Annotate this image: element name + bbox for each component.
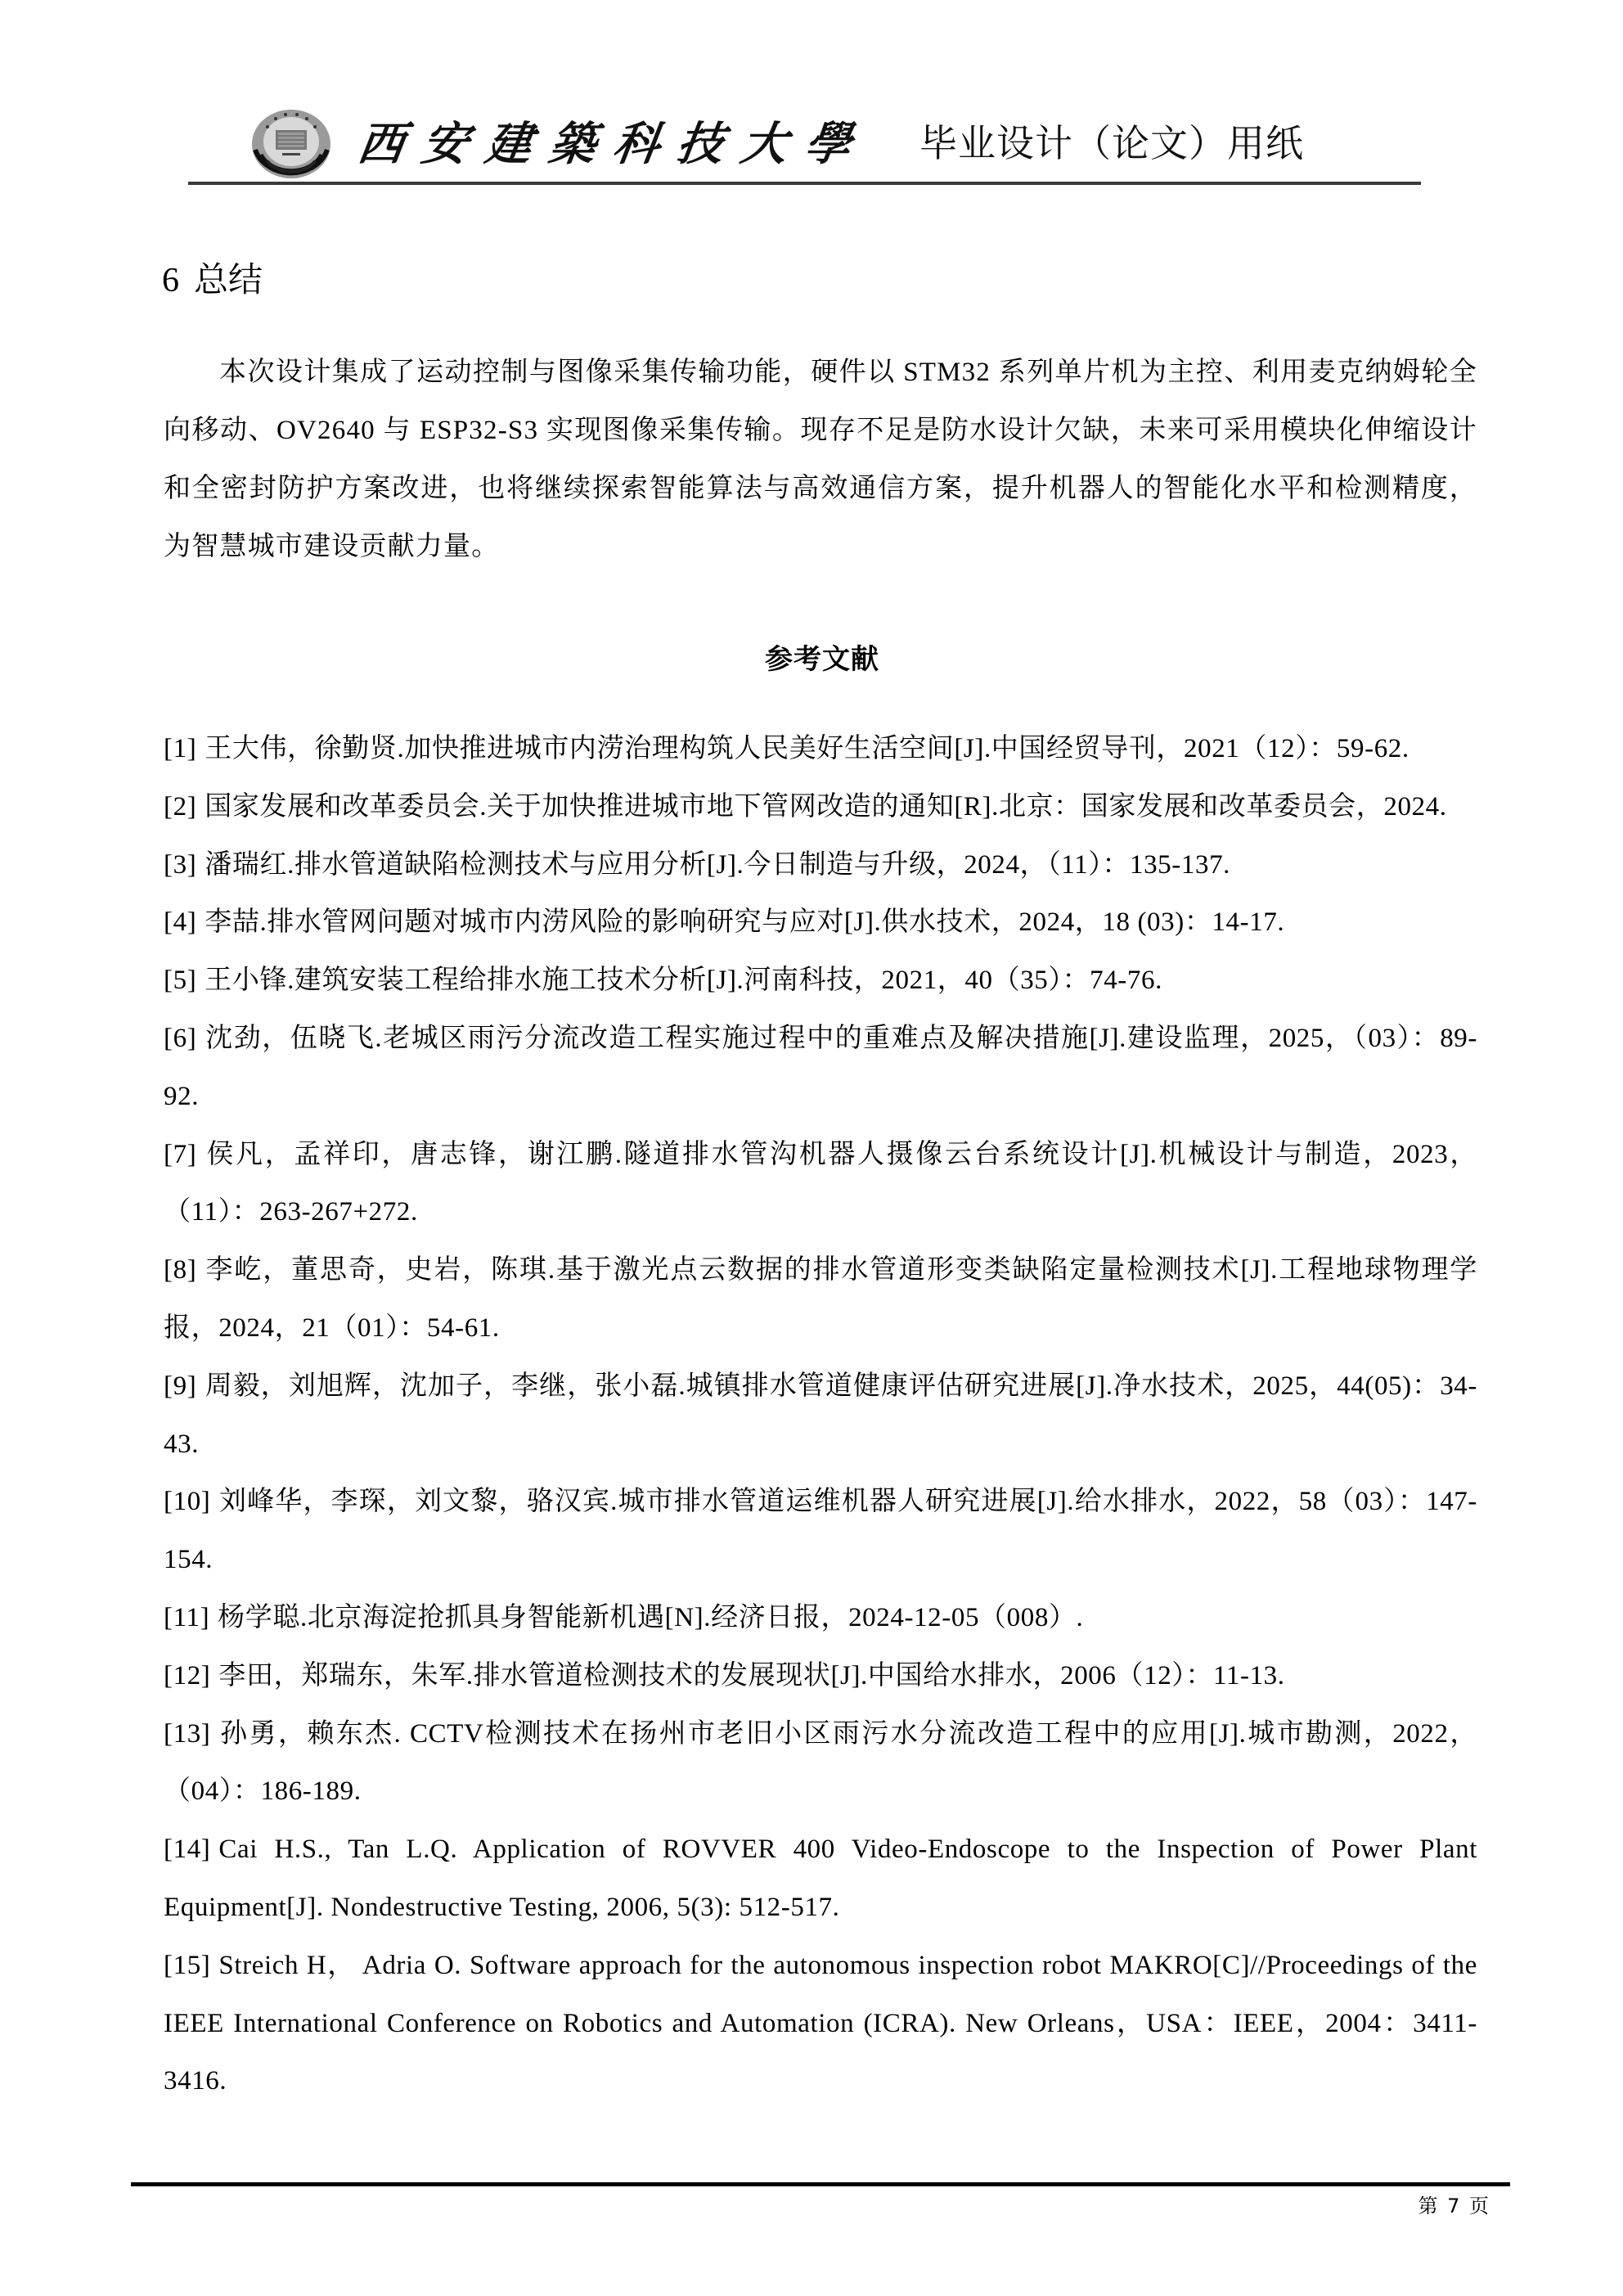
reference-item: [4]李喆.排水管网问题对城市内涝风险的影响研究与应对[J].供水技术，2024…: [164, 894, 1477, 952]
reference-item: [3]潘瑞红.排水管道缺陷检测技术与应用分析[J].今日制造与升级，2024，（…: [164, 836, 1477, 894]
document-page: 西安建築科技大學 毕业设计（论文）用纸 6总结 本次设计集成了运动控制与图像采集…: [0, 0, 1623, 2296]
university-seal-icon: [251, 109, 331, 179]
reference-number: [11]: [164, 1603, 209, 1632]
reference-item: [6]沈劲，伍晓飞.老城区雨污分流改造工程实施过程中的重难点及解决措施[J].建…: [164, 1010, 1477, 1126]
reference-item: [14]Cai H.S., Tan L.Q. Application of RO…: [164, 1821, 1477, 1937]
reference-number: [3]: [164, 850, 196, 880]
reference-item: [8]李屹，董思奇，史岩，陈琪.基于激光点云数据的排水管道形变类缺陷定量检测技术…: [164, 1241, 1477, 1357]
reference-text: 孙勇，赖东杰. CCTV检测技术在扬州市老旧小区雨污水分流改造工程中的应用[J]…: [164, 1719, 1477, 1807]
reference-text: 李田，郑瑞东，朱军.排水管道检测技术的发展现状[J].中国给水排水，2006（1…: [218, 1661, 1284, 1690]
reference-item: [13]孙勇，赖东杰. CCTV检测技术在扬州市老旧小区雨污水分流改造工程中的应…: [164, 1705, 1477, 1821]
references-list: [1]王大伟，徐勤贤.加快推进城市内涝治理构筑人民美好生活空间[J].中国经贸导…: [164, 720, 1477, 2110]
reference-text: 李屹，董思奇，史岩，陈琪.基于激光点云数据的排水管道形变类缺陷定量检测技术[J]…: [164, 1255, 1477, 1343]
reference-text: 杨学聪.北京海淀抢抓具身智能新机遇[N].经济日报，2024-12-05（008…: [218, 1603, 1083, 1632]
reference-number: [9]: [164, 1371, 196, 1401]
references-title: 参考文献: [0, 638, 1623, 681]
reference-text: 刘峰华，李琛，刘文黎，骆汉宾.城市排水管道运维机器人研究进展[J].给水排水，2…: [164, 1487, 1477, 1574]
reference-item: [11]杨学聪.北京海淀抢抓具身智能新机遇[N].经济日报，2024-12-05…: [164, 1589, 1477, 1647]
reference-number: [14]: [164, 1835, 210, 1864]
reference-number: [6]: [164, 1024, 196, 1053]
reference-item: [15]Streich H， Adria O. Software approac…: [164, 1937, 1477, 2110]
reference-item: [2]国家发展和改革委员会.关于加快推进城市地下管网改造的通知[R].北京：国家…: [164, 778, 1477, 836]
section-heading: 6总结: [162, 257, 263, 303]
reference-number: [7]: [164, 1140, 196, 1169]
reference-number: [13]: [164, 1719, 210, 1749]
reference-item: [9]周毅，刘旭辉，沈加子，李继，张小磊.城镇排水管道健康评估研究进展[J].净…: [164, 1357, 1477, 1474]
page-number: 第 7 页: [1418, 2193, 1490, 2219]
reference-number: [10]: [164, 1487, 210, 1516]
reference-number: [5]: [164, 966, 196, 995]
reference-number: [4]: [164, 907, 196, 937]
reference-number: [8]: [164, 1255, 196, 1285]
reference-number: [1]: [164, 734, 196, 763]
header-divider: [188, 182, 1421, 185]
reference-text: 王大伟，徐勤贤.加快推进城市内涝治理构筑人民美好生活空间[J].中国经贸导刊，2…: [205, 734, 1409, 763]
university-name-calligraphy: 西安建築科技大學: [353, 111, 873, 177]
reference-text: Cai H.S., Tan L.Q. Application of ROVVER…: [164, 1835, 1477, 1922]
reference-item: [12]李田，郑瑞东，朱军.排水管道检测技术的发展现状[J].中国给水排水，20…: [164, 1647, 1477, 1705]
section-number: 6: [162, 262, 179, 299]
reference-text: 侯凡，孟祥印，唐志锋，谢江鹏.隧道排水管沟机器人摄像云台系统设计[J].机械设计…: [164, 1140, 1477, 1227]
footer-divider: [131, 2182, 1510, 2186]
reference-item: [10]刘峰华，李琛，刘文黎，骆汉宾.城市排水管道运维机器人研究进展[J].给水…: [164, 1473, 1477, 1589]
summary-paragraph: 本次设计集成了运动控制与图像采集传输功能，硬件以 STM32 系列单片机为主控、…: [164, 344, 1477, 576]
reference-text: 潘瑞红.排水管道缺陷检测技术与应用分析[J].今日制造与升级，2024，（11）…: [205, 850, 1230, 880]
reference-text: Streich H， Adria O. Software approach fo…: [164, 1951, 1477, 2096]
reference-text: 李喆.排水管网问题对城市内涝风险的影响研究与应对[J].供水技术，2024，18…: [205, 907, 1284, 937]
reference-item: [1]王大伟，徐勤贤.加快推进城市内涝治理构筑人民美好生活空间[J].中国经贸导…: [164, 720, 1477, 778]
paper-title: 毕业设计（论文）用纸: [919, 123, 1304, 164]
reference-text: 沈劲，伍晓飞.老城区雨污分流改造工程实施过程中的重难点及解决措施[J].建设监理…: [164, 1024, 1477, 1111]
reference-text: 周毅，刘旭辉，沈加子，李继，张小磊.城镇排水管道健康评估研究进展[J].净水技术…: [164, 1371, 1477, 1459]
reference-number: [15]: [164, 1951, 210, 1980]
reference-item: [7]侯凡，孟祥印，唐志锋，谢江鹏.隧道排水管沟机器人摄像云台系统设计[J].机…: [164, 1126, 1477, 1242]
reference-number: [2]: [164, 792, 196, 822]
section-title: 总结: [194, 259, 263, 299]
reference-item: [5]王小锋.建筑安装工程给排水施工技术分析[J].河南科技，2021，40（3…: [164, 952, 1477, 1010]
reference-text: 国家发展和改革委员会.关于加快推进城市地下管网改造的通知[R].北京：国家发展和…: [205, 792, 1446, 822]
reference-text: 王小锋.建筑安装工程给排水施工技术分析[J].河南科技，2021，40（35）：…: [205, 966, 1162, 995]
reference-number: [12]: [164, 1661, 210, 1690]
